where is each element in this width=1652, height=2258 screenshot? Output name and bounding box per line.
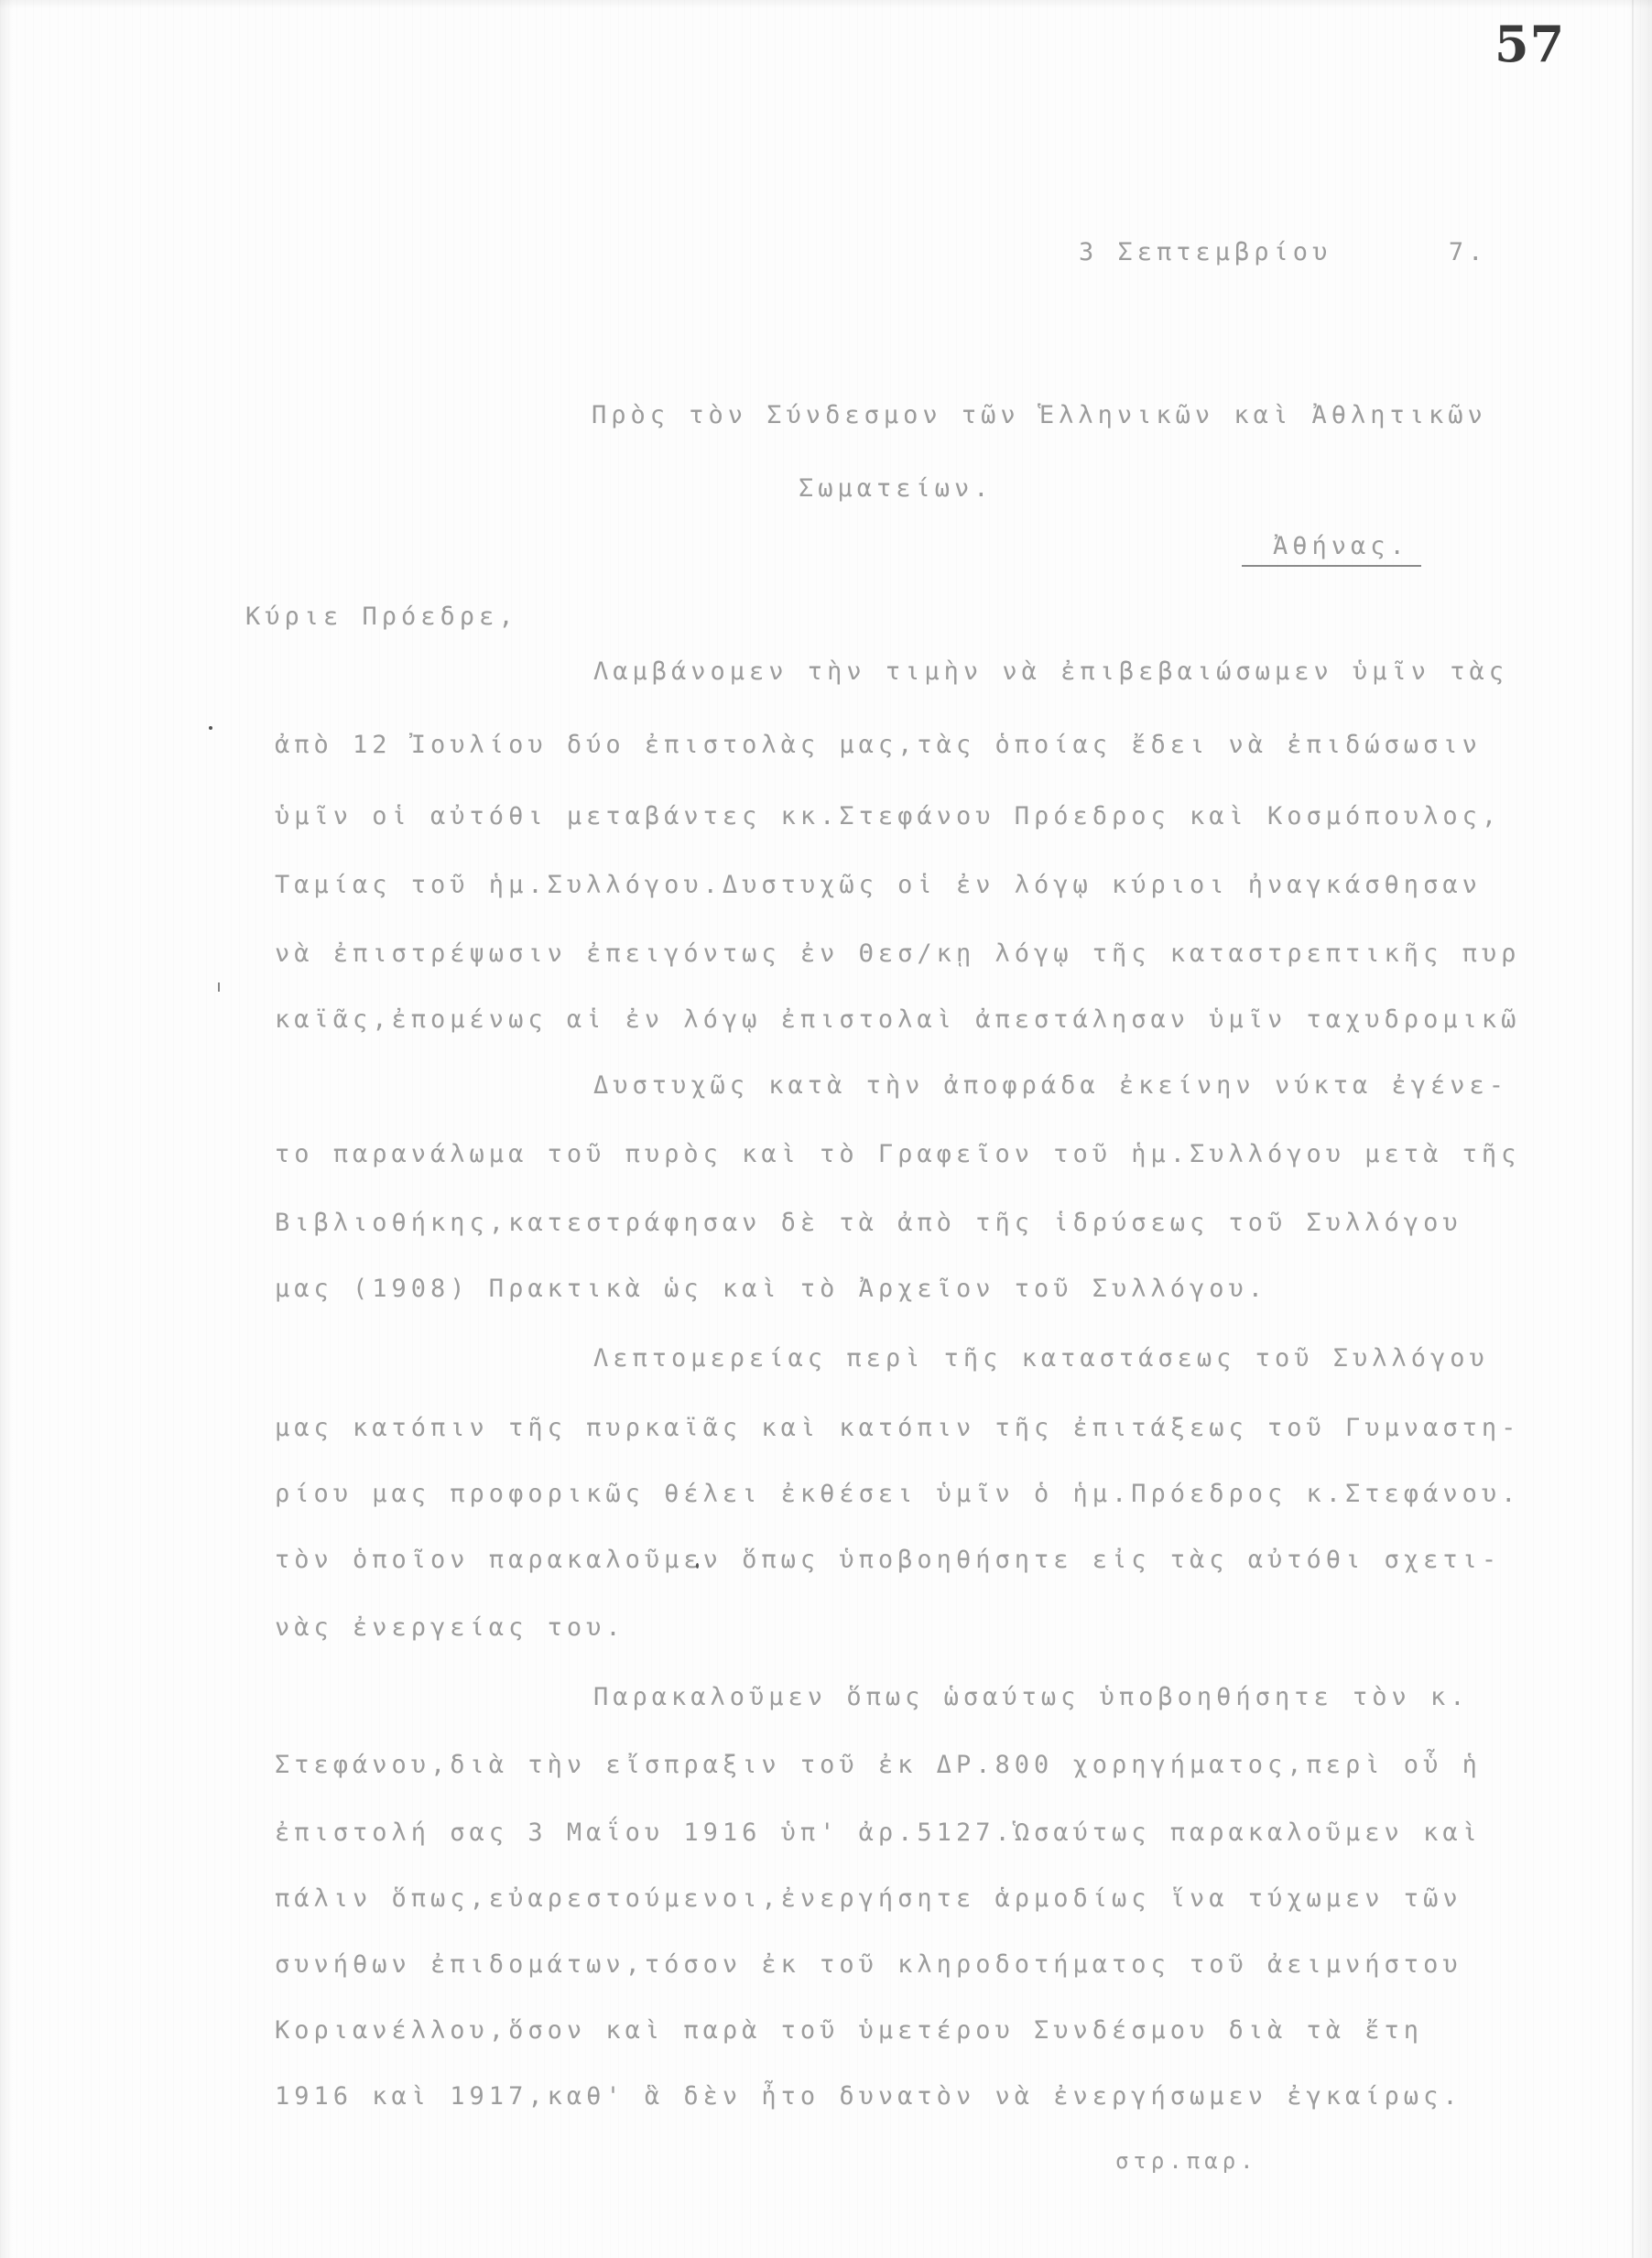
body-line: νὰς ἐνεργείας του.	[275, 1615, 625, 1640]
body-line: Κοριανέλλου,ὅσον καὶ παρὰ τοῦ ὑμετέρου Σ…	[275, 2018, 1423, 2043]
body-line: Βιβλιοθήκης,κατεστράφησαν δὲ τὰ ἀπὸ τῆς …	[275, 1210, 1462, 1235]
body-line: Στεφάνου,διὰ τὴν εἴσπραξιν τοῦ ἐκ ΔΡ.800…	[275, 1753, 1482, 1777]
body-line: νὰ ἐπιστρέψωσιν ἐπειγόντως ἐν Θεσ/κῃ λόγ…	[275, 941, 1520, 966]
body-line: συνήθων ἐπιδομάτων,τόσον ἐκ τοῦ κληροδοτ…	[275, 1952, 1462, 1977]
page-number: 57	[1494, 15, 1565, 73]
ink-speck	[218, 982, 220, 992]
letter-date: 3 Σεπτεμβρίου 7.	[1079, 240, 1487, 265]
body-line: ἀπὸ 12 Ἰουλίου δύο ἐπιστολὰς μας,τὰς ὁπο…	[275, 733, 1482, 757]
closing-note: στρ.παρ.	[1115, 2150, 1258, 2172]
paper-edge-shadow	[1632, 0, 1634, 2258]
city-underline	[1242, 565, 1421, 567]
salutation: Κύριε Πρόεδρε,	[245, 604, 518, 629]
ink-speck	[696, 1563, 699, 1569]
body-line: μας κατόπιν τῆς πυρκαϊᾶς καὶ κατόπιν τῆς…	[275, 1416, 1520, 1440]
body-line: 1916 καὶ 1917,καθ' ἃ δὲν ἦτο δυνατὸν νὰ …	[275, 2084, 1462, 2109]
addressee-line-2: Σωματείων.	[799, 476, 994, 501]
body-line: τὸν ὁποῖον παρακαλοῦμεν ὅπως ὑποβοηθήσητ…	[275, 1547, 1501, 1572]
body-line: ἐπιστολή σας 3 Μαΐου 1916 ὑπ' ἀρ.5127.Ὡσ…	[275, 1820, 1482, 1845]
body-line: Δυστυχῶς κατὰ τὴν ἀποφράδα ἐκείνην νύκτα…	[593, 1073, 1508, 1098]
body-line: καϊᾶς,ἐπομένως αἱ ἐν λόγῳ ἐπιστολαὶ ἀπεσ…	[275, 1007, 1520, 1032]
body-line: Παρακαλοῦμεν ὅπως ὡσαύτως ὑποβοηθήσητε τ…	[593, 1685, 1470, 1710]
ink-speck	[209, 726, 212, 730]
body-line: Λαμβάνομεν τὴν τιμὴν νὰ ἐπιβεβαιώσωμεν ὑ…	[593, 659, 1508, 684]
body-line: ρίου μας προφορικῶς θέλει ἐκθέσει ὑμῖν ὁ…	[275, 1482, 1520, 1506]
body-line: Ταμίας τοῦ ἡμ.Συλλόγου.Δυστυχῶς οἱ ἐν λό…	[275, 873, 1482, 897]
body-line: πάλιν ὅπως,εὐαρεστούμενοι,ἐνεργήσητε ἁρμ…	[275, 1886, 1462, 1911]
body-line: το παρανάλωμα τοῦ πυρὸς καὶ τὸ Γραφεῖον …	[275, 1142, 1520, 1167]
body-line: μας (1908) Πρακτικὰ ὡς καὶ τὸ Ἀρχεῖον το…	[275, 1276, 1267, 1301]
addressee-city: Ἀθήνας.	[1273, 534, 1409, 559]
scanned-letter-page: 57 3 Σεπτεμβρίου 7. Πρὸς τὸν Σύνδεσμον τ…	[0, 0, 1652, 2258]
body-line: Λεπτομερείας περὶ τῆς καταστάσεως τοῦ Συ…	[593, 1346, 1489, 1371]
body-line: ὑμῖν οἱ αὐτόθι μεταβάντες κκ.Στεφάνου Πρ…	[275, 804, 1501, 829]
addressee-line-1: Πρὸς τὸν Σύνδεσμον τῶν Ἑλληνικῶν καὶ Ἀθλ…	[592, 403, 1487, 428]
